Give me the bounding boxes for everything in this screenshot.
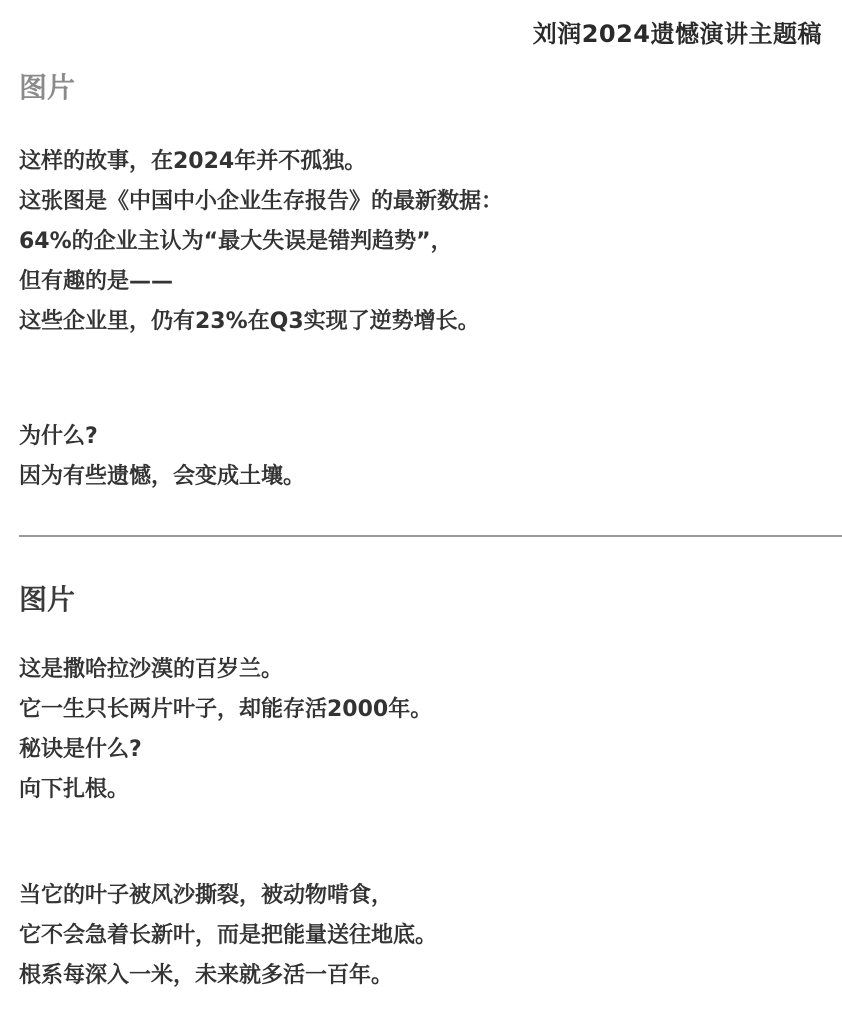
text-line: 但有趣的是——	[19, 262, 503, 302]
image-placeholder-label: 图片	[19, 578, 75, 618]
text-line: 这张图是《中国中小企业生存报告》的最新数据：	[19, 182, 503, 222]
text-line: 因为有些遗憾，会变成土壤。	[19, 457, 305, 497]
text-line: 它不会急着长新叶，而是把能量送往地底。	[19, 916, 437, 956]
paragraph: 这是撒哈拉沙漠的百岁兰。 它一生只长两片叶子，却能存活2000年。 秘诀是什么?…	[19, 650, 432, 810]
text-line: 64%的企业主认为“最大失误是错判趋势”，	[19, 222, 503, 262]
document-title: 刘润2024遗憾演讲主题稿	[533, 14, 822, 49]
text-line: 这是撒哈拉沙漠的百岁兰。	[19, 650, 432, 690]
section-divider	[19, 535, 842, 537]
text-line: 这些企业里，仍有23%在Q3实现了逆势增长。	[19, 302, 503, 342]
text-line: 秘诀是什么?	[19, 730, 432, 770]
paragraph: 这样的故事，在2024年并不孤独。 这张图是《中国中小企业生存报告》的最新数据：…	[19, 142, 503, 342]
text-line: 当它的叶子被风沙撕裂，被动物啃食，	[19, 876, 437, 916]
paragraph: 当它的叶子被风沙撕裂，被动物啃食， 它不会急着长新叶，而是把能量送往地底。 根系…	[19, 876, 437, 996]
text-line: 它一生只长两片叶子，却能存活2000年。	[19, 690, 432, 730]
image-placeholder-label: 图片	[19, 66, 75, 106]
text-line: 向下扎根。	[19, 770, 432, 810]
text-line: 这样的故事，在2024年并不孤独。	[19, 142, 503, 182]
text-line: 为什么?	[19, 417, 305, 457]
text-line: 根系每深入一米，未来就多活一百年。	[19, 956, 437, 996]
paragraph: 为什么? 因为有些遗憾，会变成土壤。	[19, 417, 305, 497]
